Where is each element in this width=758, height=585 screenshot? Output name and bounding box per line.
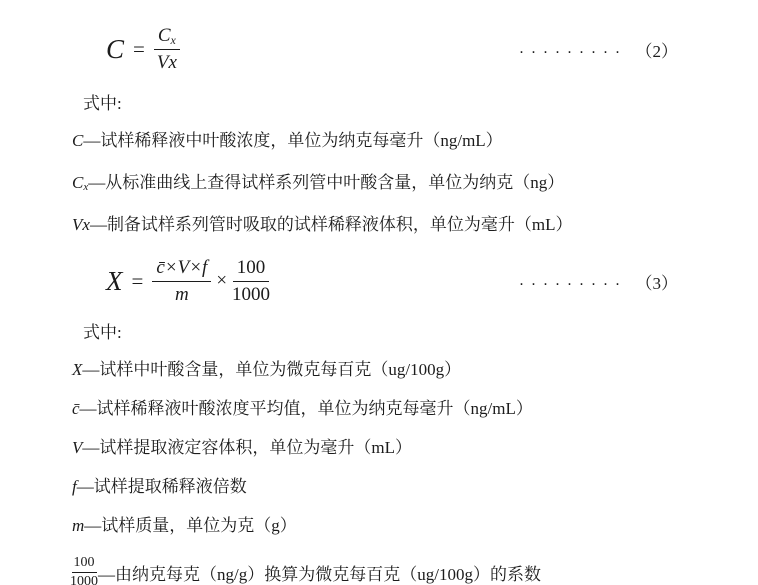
where-label: 式中: [83, 323, 678, 342]
definition-text: —试样稀释液中叶酸浓度，单位为纳克每毫升（ng/mL） [83, 131, 502, 150]
definition-symbol: V [72, 438, 82, 457]
symbol-base: C [72, 173, 83, 192]
definition-line: C—试样稀释液中叶酸浓度，单位为纳克每毫升（ng/mL） [72, 131, 678, 153]
numerator-base: C [158, 25, 171, 46]
equals-sign: = [132, 269, 144, 294]
equation-number: （2） [636, 37, 679, 62]
equation-3: X = c̄×V×f m × 100 1000 [106, 257, 270, 306]
equation-3-reference: ......... （3） [520, 269, 679, 294]
equation-2-lhs: C [106, 36, 124, 63]
definition-symbol: X [72, 360, 82, 379]
fraction-denominator: 1000 [70, 573, 98, 585]
definition-text: —试样稀释液叶酸浓度平均值，单位为纳克每毫升（ng/mL） [80, 399, 533, 418]
equation-3-row: X = c̄×V×f m × 100 1000 ......... （3） [72, 257, 678, 306]
definition-text: —试样质量，单位为克（g） [84, 516, 297, 535]
fraction-denominator: m [175, 282, 189, 306]
definition-symbol: Vx [72, 215, 90, 234]
definition-line: Cx—从标准曲线上查得试样系列管中叶酸含量，单位为纳克（ng） [72, 173, 678, 195]
symbol-base: C [72, 131, 83, 150]
equation-2-fraction: Cx Vx [154, 25, 180, 74]
definition-symbol: Cx [72, 173, 88, 192]
fraction-denominator: Vx [157, 50, 177, 74]
fraction-denominator: 1000 [232, 282, 270, 306]
definition-text: —试样中叶酸含量，单位为微克每百克（ug/100g） [82, 360, 461, 379]
leader-dots: ......... [520, 40, 628, 58]
definition-text: —由纳克每克（ng/g）换算为微克每百克（ug/100g）的系数 [98, 560, 541, 585]
definition-text: —试样提取稀释液倍数 [77, 477, 247, 496]
definition-line: c̄—试样稀释液叶酸浓度平均值，单位为纳克每毫升（ng/mL） [72, 399, 678, 418]
numerator-subscript: x [171, 33, 176, 47]
multiplication-sign: × [216, 270, 227, 292]
document-page: C = Cx Vx ......... （2） 式中: C—试样稀释液中叶酸浓度… [0, 0, 758, 585]
coefficient-definition-line: 100 1000 —由纳克每克（ng/g）换算为微克每百克（ug/100g）的系… [70, 555, 678, 585]
definition-symbol: m [72, 516, 84, 535]
definition-text: —从标准曲线上查得试样系列管中叶酸含量，单位为纳克（ng） [88, 173, 564, 192]
definition-symbol: c̄ [72, 399, 80, 418]
fraction-numerator: Cx [154, 25, 180, 50]
definition-line: f—试样提取稀释液倍数 [72, 477, 678, 496]
definition-text: —试样提取液定容体积，单位为毫升（mL） [82, 438, 412, 457]
equation-number: （3） [636, 269, 679, 294]
equation-2-reference: ......... （2） [520, 37, 679, 62]
symbol-subscript: x [83, 181, 88, 193]
equation-3-fraction-1: c̄×V×f m [152, 257, 211, 306]
equation-3-lhs: X [106, 268, 123, 295]
definition-text: —制备试样系列管时吸取的试样稀释液体积，单位为毫升（mL） [90, 215, 573, 234]
fraction-numerator: 100 [72, 555, 97, 572]
equals-sign: = [133, 37, 145, 62]
leader-dots: ......... [520, 272, 628, 290]
definition-line: Vx—制备试样系列管时吸取的试样稀释液体积，单位为毫升（mL） [72, 215, 678, 237]
definition-symbol: C [72, 131, 83, 150]
definition-line: X—试样中叶酸含量，单位为微克每百克（ug/100g） [72, 360, 678, 379]
equation-2: C = Cx Vx [106, 25, 180, 74]
equation-3-fraction-2: 100 1000 [232, 257, 270, 306]
coefficient-fraction: 100 1000 [70, 555, 98, 585]
definition-line: V—试样提取液定容体积，单位为毫升（mL） [72, 438, 678, 457]
fraction-numerator: 100 [233, 257, 270, 282]
definition-line: m—试样质量，单位为克（g） [72, 516, 678, 535]
symbol-base: Vx [72, 215, 90, 234]
where-label: 式中: [83, 94, 678, 113]
equation-2-row: C = Cx Vx ......... （2） [72, 25, 678, 74]
fraction-numerator: c̄×V×f [152, 257, 211, 282]
